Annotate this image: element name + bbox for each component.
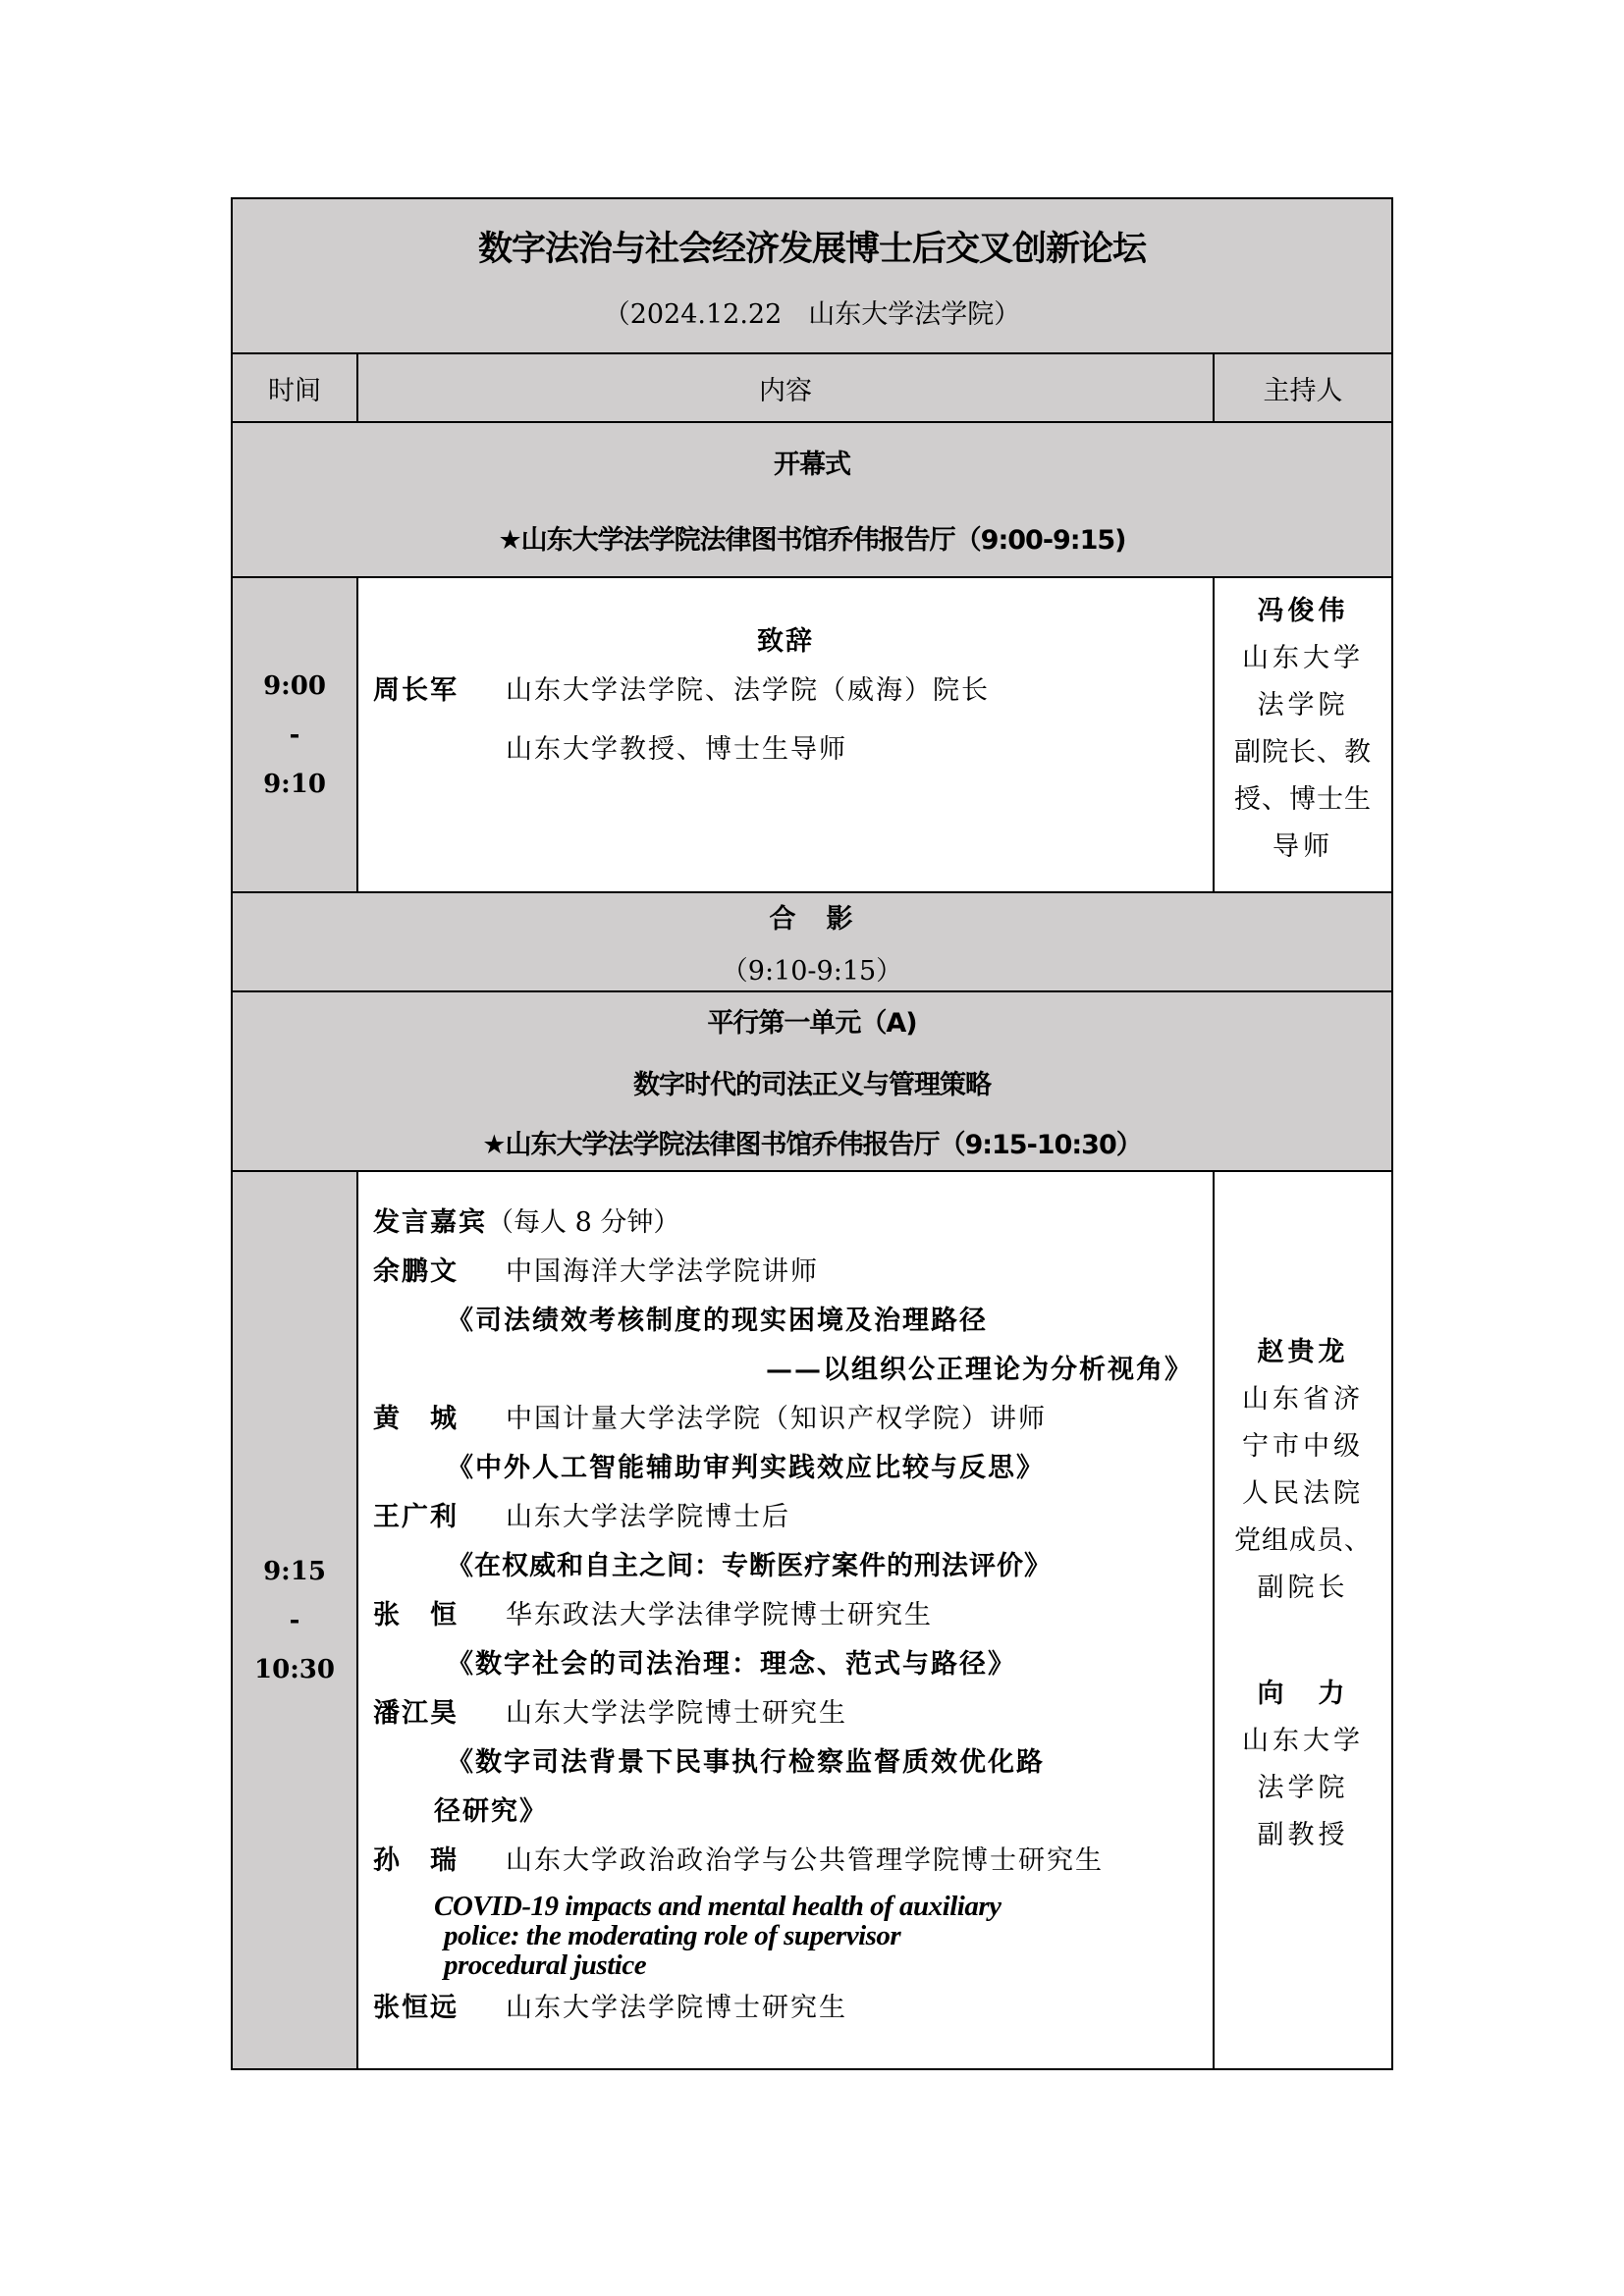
session-a-host-line: 山东大学	[1242, 1718, 1364, 1765]
session-a-header-cell: 平行第一单元（A) 数字时代的司法正义与管理策略 ★山东大学法学院法律图书馆乔伟…	[233, 992, 1391, 1170]
speakers-label-line: 发言嘉宾（每人 8 分钟）	[373, 1199, 1213, 1248]
session-a-theme: 数字时代的司法正义与管理策略	[633, 1063, 991, 1101]
speaker-name: 王广利	[373, 1493, 506, 1542]
opening-ceremony-title: 开幕式	[774, 443, 850, 481]
speech-host-line: 副院长、教	[1234, 729, 1372, 776]
session-a-venue: ★山东大学法学院法律图书馆乔伟报告厅（9:15-10:30）	[482, 1123, 1142, 1161]
speech-speaker-name: 周长军	[373, 667, 506, 716]
speech-time-start: 9:00	[263, 662, 326, 711]
speaker-affiliation: 中国计量大学法学院（知识产权学院）讲师	[506, 1404, 1047, 1434]
speaker-name: 张恒远	[373, 1984, 506, 2033]
speaker-name: 余鹏文	[373, 1248, 506, 1297]
speech-host-cell: 冯俊伟 山东大学 法学院 副院长、教 授、博士生 导师	[1215, 578, 1391, 891]
opening-ceremony-venue: ★山东大学法学院法律图书馆乔伟报告厅（9:00-9:15)	[498, 518, 1125, 557]
speakers-label: 发言嘉宾	[373, 1207, 487, 1238]
speaker-entry: 王广利山东大学法学院博士后	[373, 1493, 1213, 1542]
speaker-entry: 余鹏文中国海洋大学法学院讲师	[373, 1248, 1213, 1297]
speaker-entry: 张 恒华东政法大学法律学院博士研究生	[373, 1591, 1213, 1640]
session-a-host-name: 向 力	[1258, 1671, 1349, 1718]
speech-host-line: 山东大学	[1242, 635, 1364, 682]
session-a-content-cell: 发言嘉宾（每人 8 分钟） 余鹏文中国海洋大学法学院讲师 《司法绩效考核制度的现…	[358, 1172, 1215, 2068]
forum-header: 数字法治与社会经济发展博士后交叉创新论坛 （2024.12.22 山东大学法学院…	[233, 199, 1391, 354]
session-a-header: 平行第一单元（A) 数字时代的司法正义与管理策略 ★山东大学法学院法律图书馆乔伟…	[233, 992, 1391, 1172]
column-header-content-label: 内容	[759, 369, 812, 407]
speech-heading: 致辞	[757, 626, 814, 657]
speech-host-name: 冯俊伟	[1258, 588, 1349, 635]
speaker-entry: 潘江昊山东大学法学院博士研究生	[373, 1689, 1213, 1738]
speech-host-line: 法学院	[1258, 682, 1349, 729]
speaker-paper-title: 《在权威和自主之间：专断医疗案件的刑法评价》	[373, 1542, 1213, 1591]
speaker-paper-title-en: COVID-19 impacts and mental health of au…	[373, 1892, 1213, 1921]
session-a-time-separator: -	[290, 1596, 300, 1645]
session-a-title: 平行第一单元（A)	[707, 1001, 916, 1040]
speech-time-end: 9:10	[263, 760, 326, 809]
speaker-paper-title-en: police: the moderating role of superviso…	[373, 1921, 1213, 1950]
speaker-name: 黄 城	[373, 1395, 506, 1444]
speech-content-cell: 致辞 周长军山东大学法学院、法学院（威海）院长 山东大学教授、博士生导师	[358, 578, 1215, 891]
agenda-table: 数字法治与社会经济发展博士后交叉创新论坛 （2024.12.22 山东大学法学院…	[231, 197, 1393, 2070]
group-photo-time: （9:10-9:15）	[722, 949, 902, 988]
speech-time-separator: -	[290, 711, 300, 760]
forum-title: 数字法治与社会经济发展博士后交叉创新论坛	[478, 222, 1146, 271]
speaker-paper-title: 《数字司法背景下民事执行检察监督质效优化路	[373, 1738, 1213, 1788]
speaker-paper-title: 《数字社会的司法治理：理念、范式与路径》	[373, 1640, 1213, 1689]
speaker-entry: 黄 城中国计量大学法学院（知识产权学院）讲师	[373, 1395, 1213, 1444]
speaker-paper-title: 《司法绩效考核制度的现实困境及治理路径	[373, 1297, 1213, 1346]
group-photo-section: 合 影 （9:10-9:15）	[233, 893, 1391, 992]
session-a-host-line: 宁市中级	[1242, 1423, 1364, 1470]
session-a-time-cell: 9:15 - 10:30	[233, 1172, 358, 2068]
column-header-content: 内容	[358, 354, 1215, 421]
speaker-affiliation: 山东大学法学院博士后	[506, 1502, 790, 1532]
speaker-affiliation: 华东政法大学法律学院博士研究生	[506, 1600, 933, 1630]
speech-speaker-affiliation: 山东大学法学院、法学院（威海）院长	[506, 675, 990, 706]
speech-time-cell: 9:00 - 9:10	[233, 578, 358, 891]
speaker-paper-title-en: procedural justice	[373, 1950, 1213, 1980]
speech-speaker-title: 山东大学教授、博士生导师	[506, 725, 847, 774]
session-a-host-line: 山东省济	[1242, 1376, 1364, 1423]
opening-ceremony-cell: 开幕式 ★山东大学法学院法律图书馆乔伟报告厅（9:00-9:15)	[233, 423, 1391, 576]
session-a-row: 9:15 - 10:30 发言嘉宾（每人 8 分钟） 余鹏文中国海洋大学法学院讲…	[233, 1172, 1391, 2068]
column-header-row: 时间 内容 主持人	[233, 354, 1391, 423]
speaker-affiliation: 山东大学政治政治学与公共管理学院博士研究生	[506, 1845, 1104, 1876]
session-a-time-end: 10:30	[254, 1645, 335, 1694]
speaker-paper-title-cont: 径研究》	[373, 1788, 1213, 1837]
session-a-host-cell: 赵贵龙 山东省济 宁市中级 人民法院 党组成员、 副院长 向 力 山东大学 法学…	[1215, 1172, 1391, 2068]
speaker-paper-subtitle: ——以组织公正理论为分析视角》	[373, 1346, 1213, 1395]
session-a-host-line: 法学院	[1258, 1765, 1349, 1812]
speakers-note: （每人 8 分钟）	[487, 1207, 679, 1238]
column-header-time-label: 时间	[268, 369, 321, 407]
column-header-host: 主持人	[1215, 354, 1391, 421]
group-photo-cell: 合 影 （9:10-9:15）	[233, 893, 1391, 990]
column-header-host-label: 主持人	[1264, 369, 1343, 407]
speaker-paper-title: 《中外人工智能辅助审判实践效应比较与反思》	[373, 1444, 1213, 1493]
speech-host-line: 导师	[1272, 824, 1333, 871]
column-header-time: 时间	[233, 354, 358, 421]
opening-ceremony-section: 开幕式 ★山东大学法学院法律图书馆乔伟报告厅（9:00-9:15)	[233, 423, 1391, 578]
speech-speaker: 周长军山东大学法学院、法学院（威海）院长	[373, 667, 990, 716]
speaker-affiliation: 山东大学法学院博士研究生	[506, 1993, 847, 2023]
session-a-time-start: 9:15	[263, 1547, 326, 1596]
forum-subtitle: （2024.12.22 山东大学法学院）	[604, 293, 1021, 331]
speaker-name: 张 恒	[373, 1591, 506, 1640]
group-photo-title: 合 影	[770, 897, 855, 935]
forum-header-cell: 数字法治与社会经济发展博士后交叉创新论坛 （2024.12.22 山东大学法学院…	[233, 199, 1391, 352]
session-a-host-line: 党组成员、	[1234, 1518, 1372, 1565]
speaker-affiliation: 中国海洋大学法学院讲师	[506, 1256, 819, 1287]
opening-speech-row: 9:00 - 9:10 致辞 周长军山东大学法学院、法学院（威海）院长 山东大学…	[233, 578, 1391, 893]
speaker-affiliation: 山东大学法学院博士研究生	[506, 1698, 847, 1729]
session-a-host-line: 副教授	[1258, 1812, 1349, 1859]
speaker-entry: 张恒远山东大学法学院博士研究生	[373, 1984, 1213, 2033]
speech-host-line: 授、博士生	[1234, 776, 1372, 824]
session-a-host-line: 人民法院	[1242, 1470, 1364, 1518]
session-a-host-name: 赵贵龙	[1258, 1329, 1349, 1376]
speaker-entry: 孙 瑞山东大学政治政治学与公共管理学院博士研究生	[373, 1837, 1213, 1886]
speaker-name: 潘江昊	[373, 1689, 506, 1738]
speaker-name: 孙 瑞	[373, 1837, 506, 1886]
session-a-host-line: 副院长	[1258, 1565, 1349, 1612]
